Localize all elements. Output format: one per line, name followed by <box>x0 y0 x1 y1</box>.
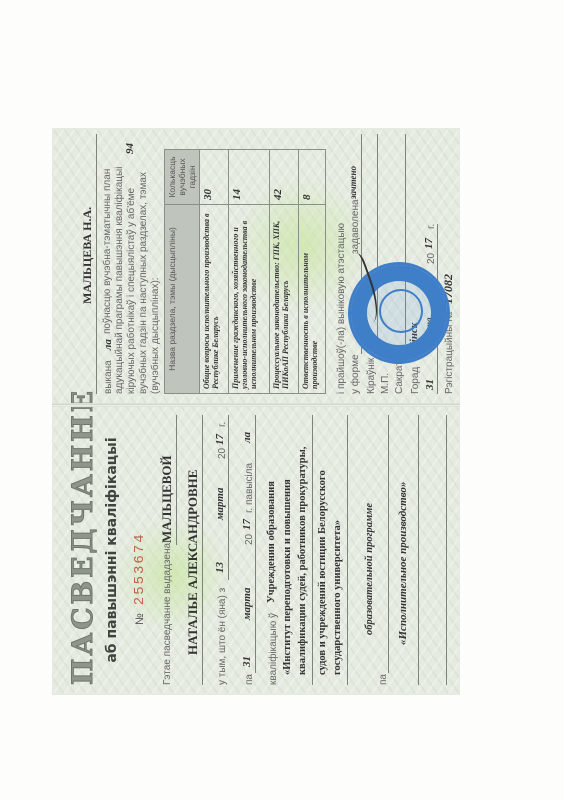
given-names: НАТАЛЬЕ АЛЕКСАНДРОВНЕ <box>185 470 201 655</box>
certificate-title: ПАСВЕДЧАННЕ <box>66 415 99 685</box>
underline <box>255 415 256 673</box>
intro-line: адукацыйнай праграмы павышэння кваліфіка… <box>114 167 125 394</box>
program-name: «Исполнительное производство» <box>397 482 409 645</box>
underline <box>446 415 447 685</box>
to-month: марта <box>241 588 253 620</box>
study-plan-table: Назва раздзела, тэмы (дысцыпліны) Колька… <box>164 149 326 394</box>
head-label: Кіраўнік <box>366 358 377 394</box>
institution-line: «Институт переподготовки и повышения <box>282 479 293 675</box>
holder-name: МАЛЬЦЕВА Н.А. <box>80 207 95 304</box>
table-row: Процессуальное законодательство: ГПК, ХП… <box>270 150 299 394</box>
table-row: Ответственность в исполнительном произво… <box>299 150 326 394</box>
underline <box>176 415 177 545</box>
to-year: 17 <box>241 519 253 530</box>
date-year-prefix: 20 <box>426 253 437 264</box>
from-day: 13 <box>214 562 226 573</box>
table-row: Применение гражданского, хозяйственного … <box>229 150 270 394</box>
underline <box>202 415 203 685</box>
underline <box>418 415 419 685</box>
date-year: 17 <box>423 238 435 249</box>
underline <box>388 415 389 673</box>
total-hours: 94 <box>124 143 136 154</box>
hours-cell: 30 <box>200 150 229 205</box>
from-month: марта <box>214 488 226 520</box>
underline <box>228 415 229 580</box>
hours-cell: 42 <box>270 150 299 205</box>
institution-label: кваліфікацыю ў <box>268 613 279 685</box>
intro-line: кіруючых работнікаў і спецыялістаў у аб'… <box>126 188 137 394</box>
hours-cell: 14 <box>229 150 270 205</box>
date-suffix: г. <box>426 224 437 229</box>
certificate-left-page: ПАСВЕДЧАННЕ аб павышэнні кваліфікацыі №2… <box>52 405 460 695</box>
seal-emblem-icon <box>379 289 423 333</box>
header-topic: Назва раздзела, тэмы (дысцыпліны) <box>165 205 200 394</box>
topic-cell: Процессуальное законодательство: ГПК, ХП… <box>270 205 299 394</box>
header-hours: Колькасць вучэбных гадзін <box>165 150 200 205</box>
certificate-right-page: МАЛЬЦЕВА Н.А. выканала поўнасцю вучэбна-… <box>52 127 460 405</box>
certificate-number: №2553674 <box>132 532 148 625</box>
underline <box>96 134 97 394</box>
institution-line: Учреждении образования <box>266 481 277 603</box>
program-label: па <box>378 674 389 685</box>
hours-cell: 8 <box>299 150 326 205</box>
to-suffix: г. павысіла <box>244 463 255 513</box>
intro-line: поўнасцю вучэбна-тэматычны план <box>102 169 113 334</box>
institution-line: государственного университета» <box>332 520 343 675</box>
topic-cell: Ответственность в исполнительном произво… <box>299 205 326 394</box>
seal-label: М.П. <box>380 373 391 394</box>
qualification-certificate: ПАСВЕДЧАННЕ аб павышэнні кваліфікацыі №2… <box>52 128 460 695</box>
institution-line: судов и учреждений юстиции Белорусского <box>317 470 328 675</box>
number-label: № <box>134 613 146 625</box>
program-type: образовательной программе <box>364 503 375 635</box>
topic-cell: Применение гражданского, хозяйственного … <box>229 205 270 394</box>
year-suffix: г. <box>217 422 228 427</box>
issued-label: Гэтае пасведчанне выдадзена <box>162 543 173 685</box>
attestation-form-label: у форме <box>350 354 361 394</box>
underline <box>312 415 313 685</box>
table-row: Общие вопросы исполнительного производст… <box>200 150 229 394</box>
topic-cell: Общие вопросы исполнительного производст… <box>200 205 229 394</box>
gender-mark: ла <box>241 432 253 443</box>
from-year-prefix: 20 <box>217 448 228 459</box>
institution-line: квалификации судей, работников прокурату… <box>297 447 308 675</box>
to-year-prefix: 20 <box>244 534 255 545</box>
city-label: Горад <box>410 367 421 394</box>
attestation-result: зачтено <box>348 166 358 199</box>
certificate-subtitle: аб павышэнні кваліфікацыі <box>104 415 120 685</box>
to-day: 31 <box>241 656 253 667</box>
surname: МАЛЬЦЕВОЙ <box>159 455 175 543</box>
intro-line: вучэбных гадзін па наступных раздзелах, … <box>138 172 149 394</box>
underline <box>347 415 348 685</box>
attestation-label: і прайшоў(-ла) выніковую атэстацыю <box>336 223 347 394</box>
from-year: 17 <box>214 434 226 445</box>
to-label: па <box>244 674 255 685</box>
period-label: у тым, што ён (яна) з <box>217 588 228 685</box>
satisfied-label: задаволена <box>350 199 361 254</box>
intro-mark: ла <box>102 339 114 350</box>
intro-line: (вучэбных дысцыплінах): <box>150 277 161 394</box>
intro-prefix: выканала <box>102 329 114 394</box>
number-value: 2553674 <box>132 532 148 605</box>
date-day: 31 <box>424 379 436 390</box>
